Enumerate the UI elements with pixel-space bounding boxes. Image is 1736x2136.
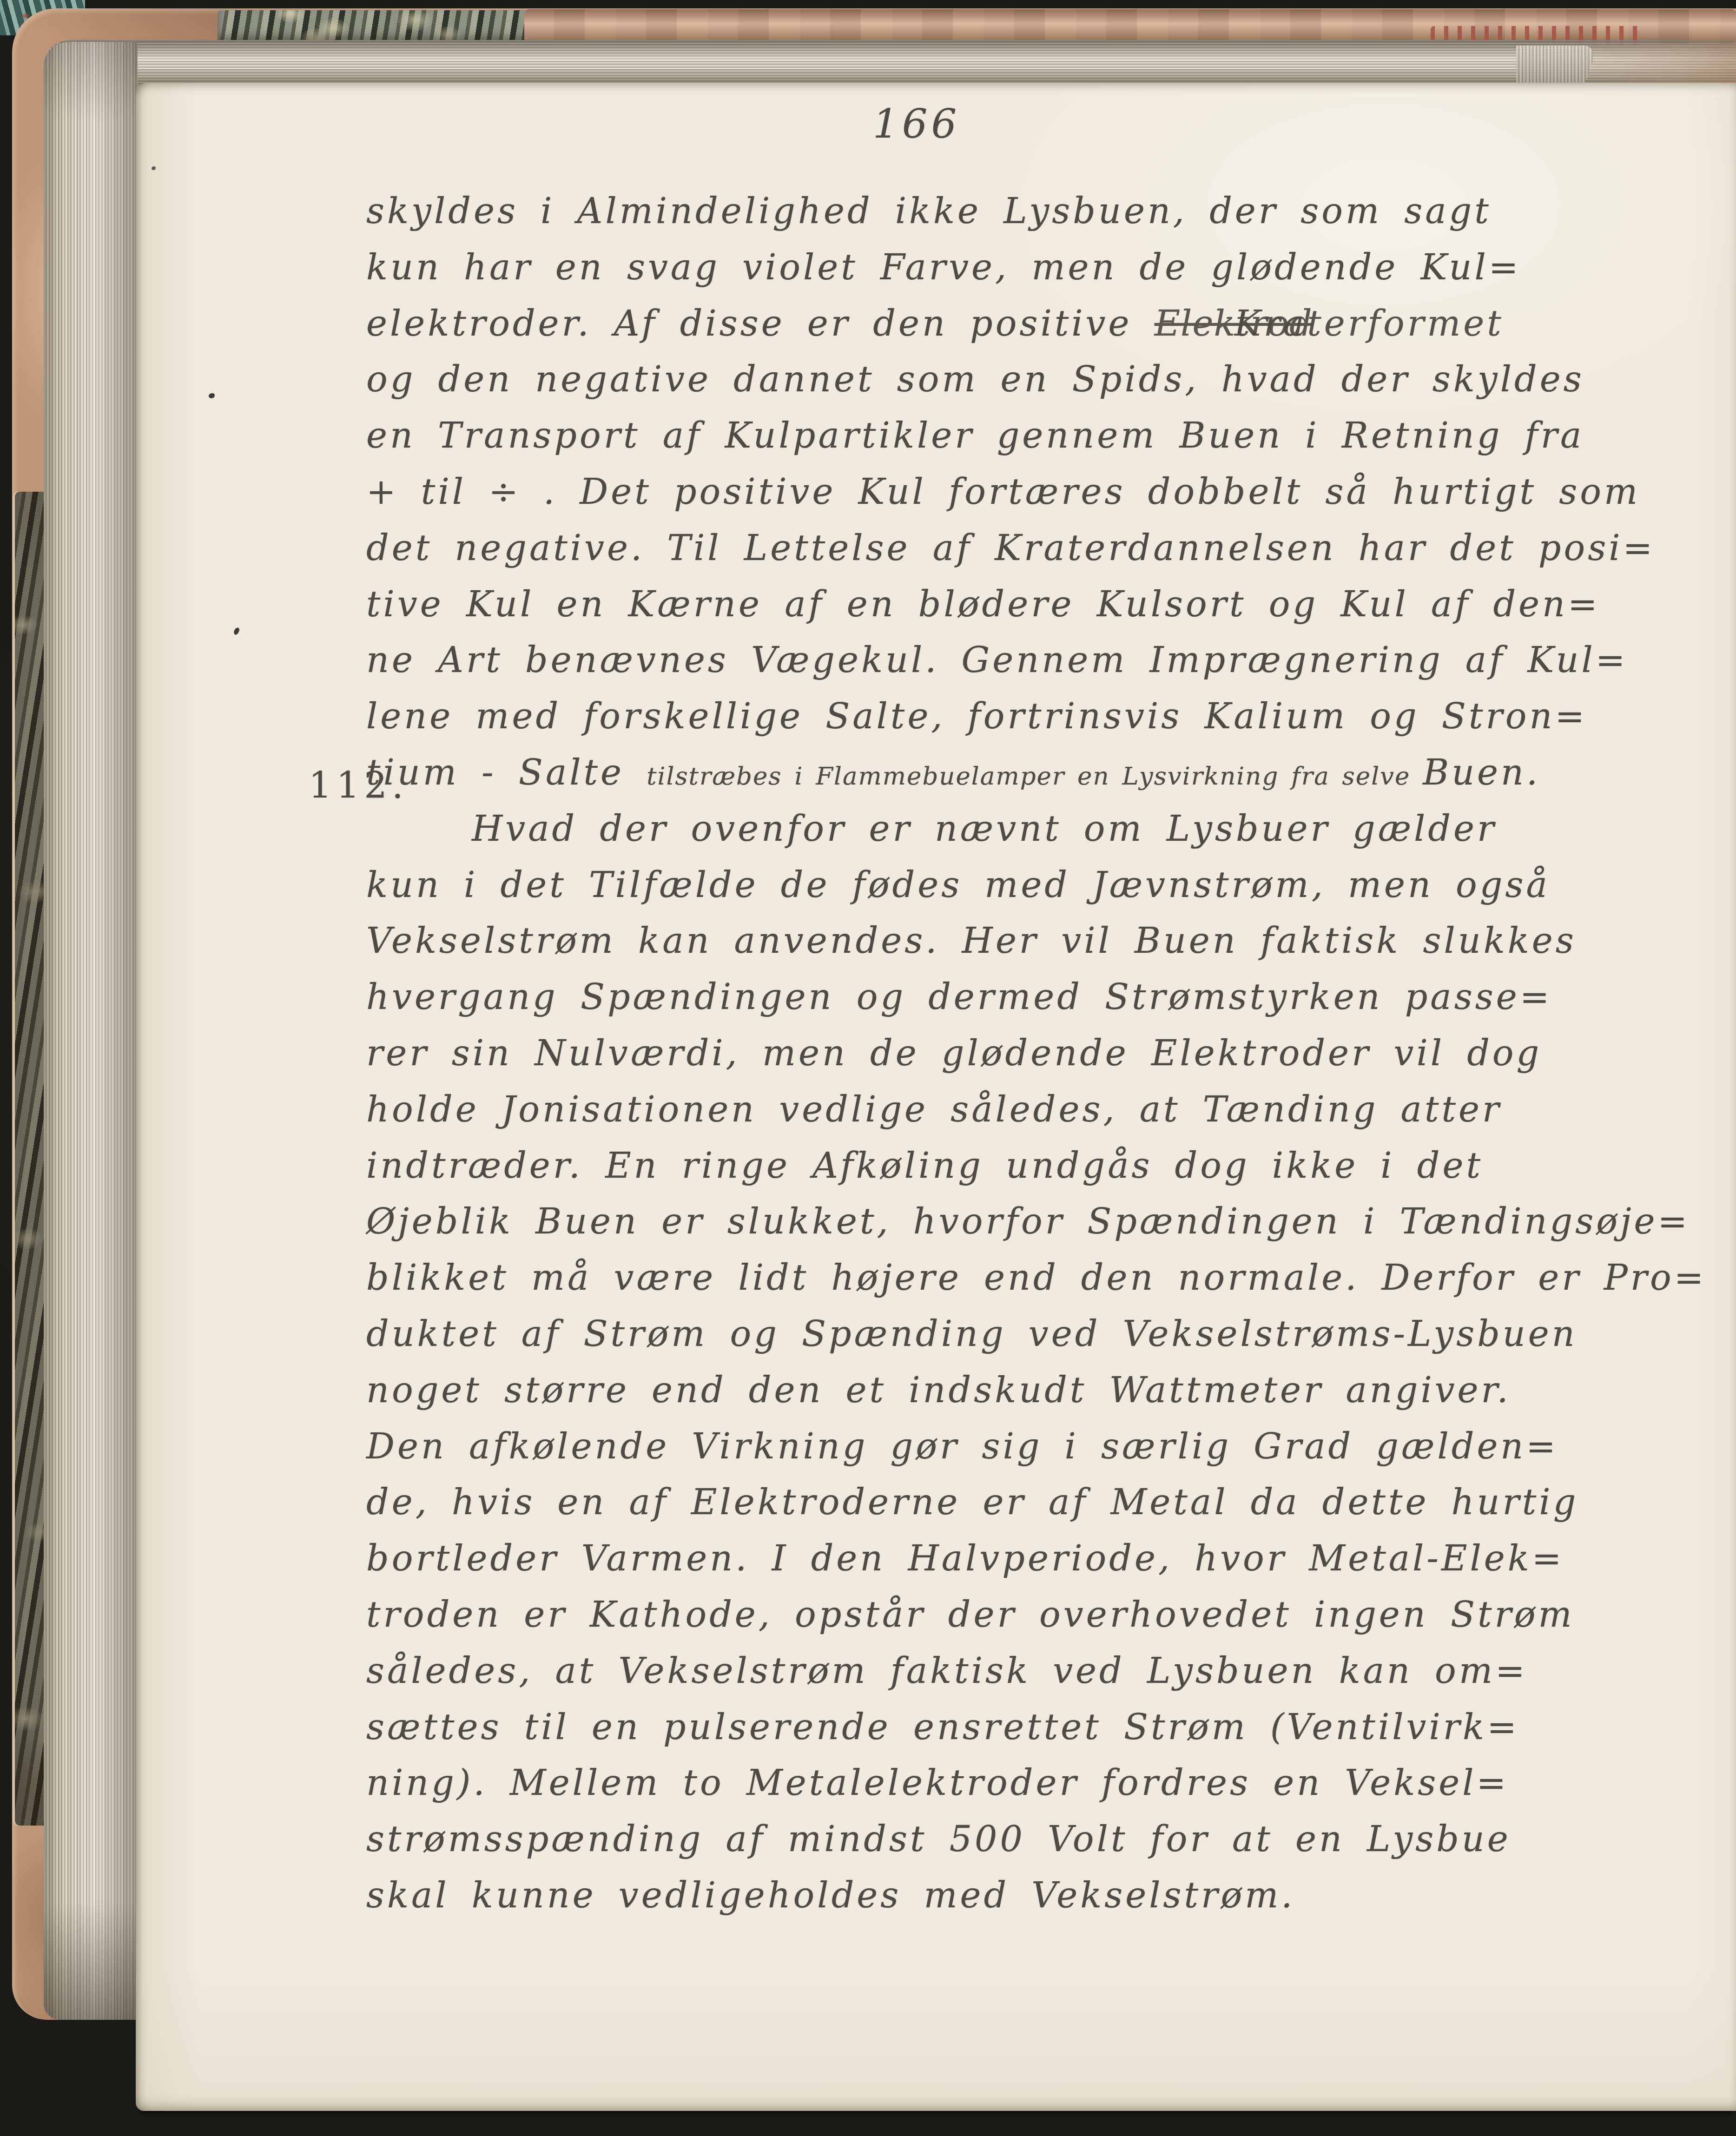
- handwritten-line: de, hvis en af Elektroderne er af Metal …: [366, 1480, 1578, 1524]
- text-segment: elektroder. Af disse er den positive: [366, 303, 1155, 344]
- handwritten-line: bortleder Varmen. I den Halvperiode, hvo…: [366, 1536, 1564, 1580]
- text-segment: strømsspænding af mindst 500 Volt for at…: [366, 1818, 1511, 1859]
- handwritten-line: skyldes i Almindelighed ikke Lysbuen, de…: [366, 189, 1492, 233]
- text-segment: lene med forskellige Salte, fortrinsvis …: [366, 695, 1587, 737]
- handwritten-line: duktet af Strøm og Spænding ved Vekselst…: [366, 1312, 1578, 1356]
- text-segment: tilstræbes i Flammebuelamper en Lysvirkn…: [647, 762, 1423, 791]
- handwritten-line: ne Art benævnes Vægekul. Gennem Imprægne…: [366, 638, 1628, 682]
- text-segment: skyldes i Almindelighed ikke Lysbuen, de…: [366, 190, 1492, 231]
- text-segment: holde Jonisationen vedlige således, at T…: [366, 1088, 1502, 1130]
- handwritten-line: således, at Vekselstrøm faktisk ved Lysb…: [366, 1648, 1528, 1693]
- text-segment: Øjeblik Buen er slukket, hvorfor Spændin…: [366, 1200, 1690, 1242]
- handwritten-line: tium - Salte tilstræbes i Flammebuelampe…: [366, 750, 1540, 794]
- handwritten-line: noget større end den et indskudt Wattmet…: [366, 1368, 1511, 1412]
- text-segment: kun i det Tilfælde de fødes med Jævnstrø…: [366, 864, 1550, 905]
- text-segment: blikket må være lidt højere end den norm…: [366, 1257, 1707, 1298]
- text-segment: + til ÷ . Det positive Kul fortæres dobb…: [366, 471, 1640, 512]
- page-number: 166: [873, 104, 960, 144]
- handwritten-line: troden er Kathode, opstår der overhovede…: [366, 1592, 1575, 1636]
- page-edges-top: [44, 40, 1736, 86]
- text-segment: således, at Vekselstrøm faktisk ved Lysb…: [366, 1650, 1528, 1691]
- handwritten-line: tive Kul en Kærne af en blødere Kulsort …: [366, 582, 1600, 626]
- marbled-endpaper-top: [218, 10, 548, 43]
- text-segment: tive Kul en Kærne af en blødere Kulsort …: [366, 583, 1600, 625]
- handwritten-line: en Transport af Kulpartikler gennem Buen…: [366, 413, 1584, 457]
- handwritten-line: Øjeblik Buen er slukket, hvorfor Spændin…: [366, 1199, 1690, 1243]
- handwritten-line: Den afkølende Virkning gør sig i særlig …: [366, 1424, 1558, 1468]
- text-segment: Buen.: [1423, 752, 1540, 793]
- handwritten-line: kun i det Tilfælde de fødes med Jævnstrø…: [366, 863, 1550, 907]
- handwritten-line: holde Jonisationen vedlige således, at T…: [366, 1087, 1502, 1131]
- text-segment: en Transport af Kulpartikler gennem Buen…: [366, 415, 1584, 456]
- text-segment: sættes til en pulserende ensrettet Strøm…: [366, 1706, 1519, 1747]
- handwritten-line: blikket må være lidt højere end den norm…: [366, 1255, 1707, 1299]
- handwritten-line: sættes til en pulserende ensrettet Strøm…: [366, 1705, 1519, 1749]
- handwritten-line: det negative. Til Lettelse af Kraterdann…: [366, 526, 1655, 570]
- text-segment: Den afkølende Virkning gør sig i særlig …: [366, 1425, 1558, 1467]
- handwritten-line: hvergang Spændingen og dermed Strømstyrk…: [366, 975, 1552, 1019]
- text-segment: de, hvis en af Elektroderne er af Metal …: [366, 1481, 1578, 1523]
- text-segment: og den negative dannet som en Spids, hva…: [366, 358, 1584, 400]
- text-segment: duktet af Strøm og Spænding ved Vekselst…: [366, 1313, 1578, 1354]
- book-scan: 166 112. skyldes i Almindelighed ikke Ly…: [0, 0, 1736, 2136]
- text-segment: Hvad der ovenfor er nævnt om Lysbuer gæl…: [472, 808, 1497, 849]
- text-segment: Vekselstrøm kan anvendes. Her vil Buen f…: [366, 920, 1577, 961]
- text-segment: rer sin Nulværdi, men de glødende Elektr…: [366, 1032, 1542, 1074]
- handwritten-line: rer sin Nulværdi, men de glødende Elektr…: [366, 1031, 1542, 1075]
- text-segment: det negative. Til Lettelse af Kraterdann…: [366, 527, 1655, 568]
- handwritten-line: + til ÷ . Det positive Kul fortæres dobb…: [366, 469, 1640, 514]
- text-segment: ning). Mellem to Metalelektroder fordres…: [366, 1762, 1509, 1803]
- handwritten-line: lene med forskellige Salte, fortrinsvis …: [366, 694, 1587, 738]
- text-segment: hvergang Spændingen og dermed Strømstyrk…: [366, 976, 1552, 1017]
- handwritten-line: strømsspænding af mindst 500 Volt for at…: [366, 1817, 1511, 1861]
- handwritten-line: ning). Mellem to Metalelektroder fordres…: [366, 1760, 1509, 1805]
- text-segment: troden er Kathode, opstår der overhovede…: [366, 1594, 1575, 1635]
- text-segment: bortleder Varmen. I den Halvperiode, hvo…: [366, 1537, 1564, 1579]
- handwritten-line: kun har en svag violet Farve, men de glø…: [366, 245, 1521, 289]
- handwritten-line: skal kunne vedligeholdes med Vekselstrøm…: [366, 1873, 1295, 1917]
- text-segment: Kraterformet: [1234, 303, 1504, 344]
- text-segment: tium - Salte: [366, 752, 647, 793]
- text-segment: kun har en svag violet Farve, men de glø…: [366, 246, 1521, 288]
- handwritten-line: Vekselstrøm kan anvendes. Her vil Buen f…: [366, 918, 1577, 963]
- handwritten-line: og den negative dannet som en Spids, hva…: [366, 357, 1584, 401]
- text-segment: skal kunne vedligeholdes med Vekselstrøm…: [366, 1874, 1295, 1916]
- handwritten-line: indtræder. En ringe Afkøling undgås dog …: [366, 1143, 1483, 1187]
- page-edges-left: [44, 42, 138, 2020]
- text-segment: indtræder. En ringe Afkøling undgås dog …: [366, 1145, 1483, 1186]
- text-segment: noget større end den et indskudt Wattmet…: [366, 1369, 1511, 1411]
- handwritten-line: elektroder. Af disse er den positive Ele…: [366, 301, 1504, 345]
- text-segment: ne Art benævnes Vægekul. Gennem Imprægne…: [366, 639, 1628, 680]
- handwritten-line: Hvad der ovenfor er nævnt om Lysbuer gæl…: [472, 806, 1497, 850]
